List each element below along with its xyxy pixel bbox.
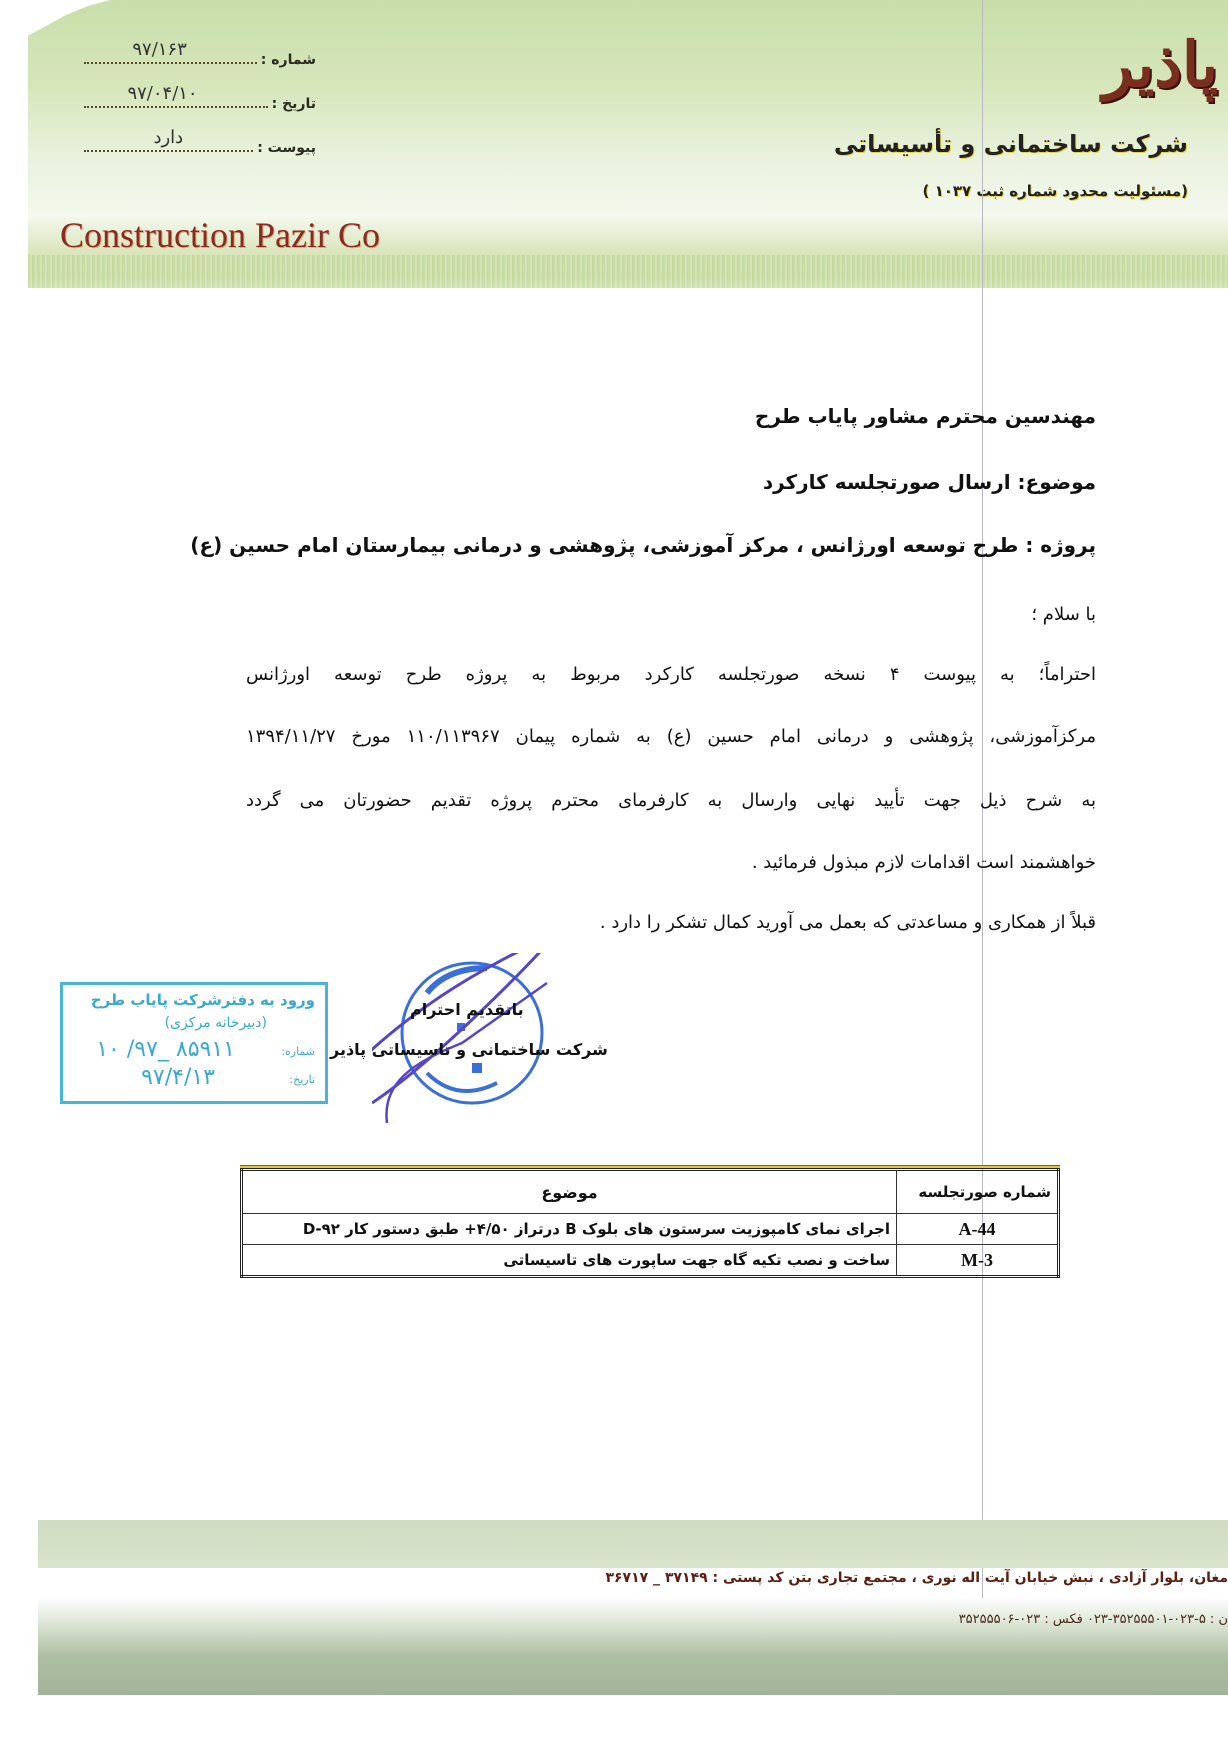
company-seal-icon xyxy=(372,953,562,1123)
meta-number-label: شماره : xyxy=(261,52,316,68)
intake-number-value: ۸۵۹۱۱ _۹۷/ ۱۰ xyxy=(96,1037,235,1062)
meta-attachment-label: پیوست : xyxy=(257,140,316,156)
header-number: شماره صورتجلسه xyxy=(897,1170,1059,1214)
meta-attachment: پیوست : دارد xyxy=(84,130,316,156)
minutes-table: شماره صورتجلسه موضوع A-44 اجرای نمای کام… xyxy=(240,1168,1060,1278)
meta-number-value: ۹۷/۱۶۳ xyxy=(132,39,186,60)
intake-date-label: تاریخ: xyxy=(289,1073,315,1086)
intake-stamp: ورود به دفترشرکت پایاب طرح (دبیرخانه مرک… xyxy=(60,982,328,1104)
registration-info: (مسئولیت محدود شماره ثبت ۱۰۳۷ ) xyxy=(922,182,1188,200)
intake-number-label: شماره: xyxy=(281,1045,315,1058)
meta-attachment-line: دارد xyxy=(84,132,253,152)
table-row: A-44 اجرای نمای کامپوزیت سرستون های بلوک… xyxy=(242,1214,1059,1245)
intake-date-value: ۹۷/۴/۱۳ xyxy=(141,1065,215,1090)
row-number: M-3 xyxy=(897,1245,1059,1277)
meta-date-value: ۹۷/۰۴/۱۰ xyxy=(127,83,197,104)
meta-date: تاریخ : ۹۷/۰۴/۱۰ xyxy=(84,86,316,112)
footer-band xyxy=(38,1520,1228,1695)
row-number: A-44 xyxy=(897,1214,1059,1245)
footer-phones: ن : ۵-۰۲۳-۳۵۲۵۵۵۰۱-۰۲۳ فکس : ۰۲۳-۳۵۲۵۵۵۰… xyxy=(959,1612,1228,1627)
greeting: با سلام ؛ xyxy=(1031,604,1096,625)
table-header-row: شماره صورتجلسه موضوع xyxy=(242,1170,1059,1214)
brand-logo-persian: پاذیر xyxy=(918,28,1218,101)
signatory: شرکت ساختمانی و تاسیساتی پاذیر xyxy=(330,1040,608,1059)
brand-name-english: Construction Pazir Co xyxy=(60,214,380,256)
body-line-3: به شرح ذیل جهت تأیید نهایی وارسال به کار… xyxy=(246,790,1096,811)
body-line-2: مرکزآموزشی، پژوهشی و درمانی امام حسین (ع… xyxy=(246,726,1096,747)
closing-phrase: باتقدیم احترام xyxy=(410,1000,524,1019)
footer-address: مغان، بلوار آزادی ، نبش خیابان آیت اله ن… xyxy=(605,1570,1228,1586)
meta-number: شماره : ۹۷/۱۶۳ xyxy=(84,42,316,68)
row-subject: ساخت و نصب تکیه گاه جهت ساپورت های تاسیس… xyxy=(242,1245,897,1277)
meta-number-line: ۹۷/۱۶۳ xyxy=(84,44,257,64)
table-row: M-3 ساخت و نصب تکیه گاه جهت ساپورت های ت… xyxy=(242,1245,1059,1277)
row-subject: اجرای نمای کامپوزیت سرستون های بلوک B در… xyxy=(242,1214,897,1245)
intake-stamp-subtitle: (دبیرخانه مرکزی) xyxy=(165,1015,267,1031)
meta-attachment-value: دارد xyxy=(153,127,183,148)
thanks-line: قبلاً از همکاری و مساعدتی که بعمل می آور… xyxy=(600,912,1096,933)
scan-fold-line xyxy=(982,0,983,1695)
header-subject: موضوع xyxy=(242,1170,897,1214)
footer-band-top xyxy=(38,1520,1228,1568)
recipient: مهندسین محترم مشاور پایاب طرح xyxy=(755,404,1096,428)
body-line-1: احتراماً؛ به پیوست ۴ نسخه صورتجلسه کارکر… xyxy=(246,664,1096,685)
intake-stamp-title: ورود به دفترشرکت پایاب طرح xyxy=(91,991,315,1009)
subject-line: موضوع: ارسال صورتجلسه کارکرد xyxy=(763,470,1096,494)
meta-date-label: تاریخ : xyxy=(272,96,316,112)
project-line: پروژه : طرح توسعه اورژانس ، مرکز آموزشی،… xyxy=(190,533,1096,557)
body-line-4: خواهشمند است اقدامات لازم مبذول فرمائید … xyxy=(752,852,1096,873)
company-type: شرکت ساختمانی و تأسیساتی xyxy=(834,130,1188,158)
meta-date-line: ۹۷/۰۴/۱۰ xyxy=(84,88,268,108)
